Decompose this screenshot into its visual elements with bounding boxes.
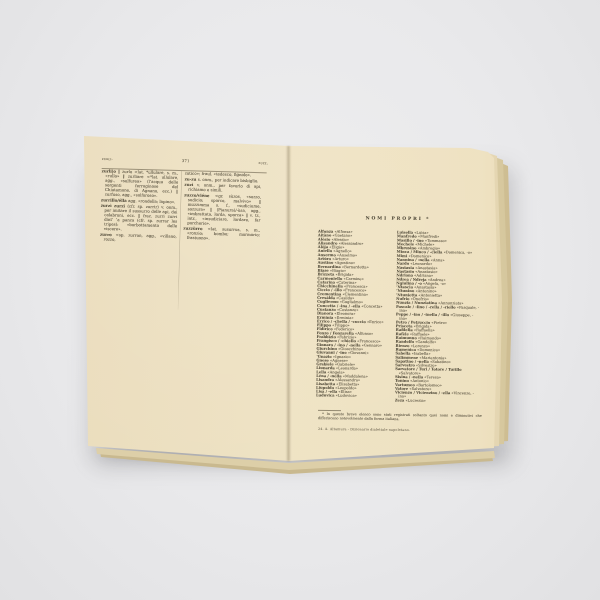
dictionary-column-1: zurli|o ‖ zurlo <lat. *ullulare, s. m., … bbox=[98, 169, 178, 310]
footnote-text: * In questo breve elenco sono stati regi… bbox=[318, 412, 482, 422]
names-column-1: Alfonza «Alfonsa»Aitàno «Gaetano»Alèsio … bbox=[316, 230, 392, 403]
dictionary-entry: zuzzùrro <lat. susurrus, s. m., «ronzio;… bbox=[183, 226, 260, 242]
dictionary-column-2: zotico»; fraul. «tedesco, fignolo».zu-zu… bbox=[181, 171, 261, 312]
dictionary-entry: zurli|o ‖ zurlo <lat. *ullulare, s. m., … bbox=[101, 169, 179, 199]
section-title: NOMI PROPRI * bbox=[318, 215, 478, 222]
names-column-2: Luisella «Luisa»Manfredo «Manfredi»Masil… bbox=[395, 231, 481, 404]
name-entry: Zeza «Lucrezia» bbox=[395, 399, 479, 404]
dictionary-entry: zurro <sp. zurron, agg., «villano, rozzo… bbox=[100, 232, 177, 243]
footnote-wrap: * In questo breve elenco sono stati regi… bbox=[318, 412, 488, 424]
page-number: 371 bbox=[182, 159, 190, 163]
dictionary-entry: zuzzo/viéne <gr. sùzos, «sozzo, sudicio;… bbox=[183, 193, 261, 227]
book-spine bbox=[286, 146, 291, 461]
photo-background: zurli- 371 zuzz. zurli|o ‖ zurlo <lat. *… bbox=[0, 0, 600, 600]
catchword-right: zuzz. bbox=[259, 161, 269, 165]
dictionary-entry: zurzì zurzì (cfr. sp. zurrir) v. onm., p… bbox=[100, 203, 178, 233]
names-list: Alfonza «Alfonsa»Aitàno «Gaetano»Alèsio … bbox=[316, 230, 488, 412]
dictionary-entry: zuzì v. onm., per favorìo di api, richia… bbox=[184, 183, 261, 194]
name-entry: Luduvica «Ludovica» bbox=[316, 394, 390, 399]
catchword-left: zurli- bbox=[102, 157, 113, 161]
